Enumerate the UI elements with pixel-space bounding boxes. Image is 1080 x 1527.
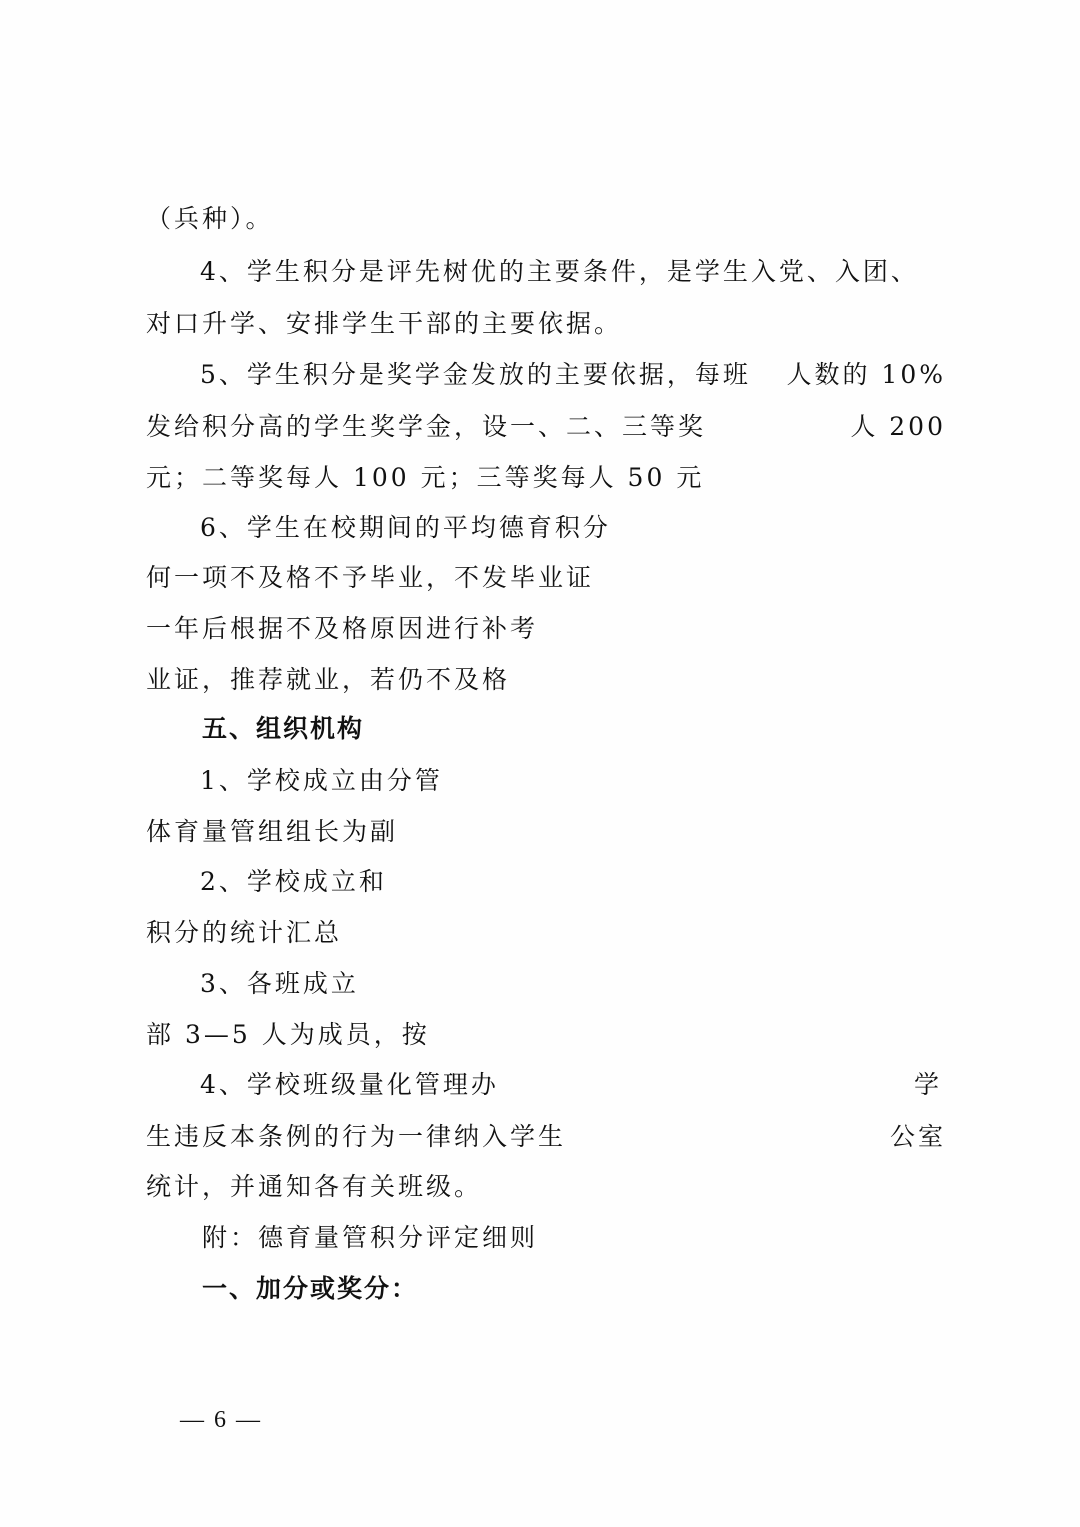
page-number: — 6 — (180, 1405, 262, 1435)
text-line: 何一项不及格不予毕业，不发毕业证 (146, 562, 594, 594)
text-line: 5、学生积分是奖学金发放的主要依据，每班 (200, 359, 751, 391)
text-line: 生违反本条例的行为一律纳入学生 (146, 1121, 566, 1153)
text-line-fragment: 公室 (890, 1121, 946, 1153)
section-heading: 五、组织机构 (202, 713, 364, 745)
text-line: 积分的统计汇总 (146, 917, 342, 949)
text-line: 部 3—5 人为成员，按 (146, 1019, 430, 1051)
text-line-fragment: 人 200 (850, 411, 946, 443)
text-line: （兵种）。 (146, 203, 274, 235)
text-line: 4、学生积分是评先树优的主要条件，是学生入党、入团、 (200, 256, 919, 288)
section-heading: 一、加分或奖分： (202, 1273, 418, 1305)
text-line: 体育量管组组长为副 (146, 816, 398, 848)
text-line: 6、学生在校期间的平均德育积分 (200, 512, 611, 544)
text-line: 元；二等奖每人 100 元；三等奖每人 50 元 (146, 462, 704, 494)
text-line: 2、学校成立和 (200, 866, 387, 898)
text-line: 3、各班成立 (200, 968, 359, 1000)
text-line: 对口升学、安排学生干部的主要依据。 (146, 308, 622, 340)
text-line: 业证，推荐就业，若仍不及格 (146, 664, 510, 696)
text-line: 1、学校成立由分管 (200, 765, 443, 797)
text-line-fragment: 学 (914, 1069, 942, 1101)
document-page: （兵种）。 4、学生积分是评先树优的主要条件，是学生入党、入团、 对口升学、安排… (0, 0, 1080, 1527)
text-line: 统计，并通知各有关班级。 (146, 1171, 482, 1203)
text-line: 一年后根据不及格原因进行补考 (146, 613, 538, 645)
text-line: 发给积分高的学生奖学金，设一、二、三等奖 (146, 411, 706, 443)
text-line: 4、学校班级量化管理办 (200, 1069, 499, 1101)
appendix-title: 附：德育量管积分评定细则 (202, 1222, 538, 1254)
text-line-fragment: 人数的 10% (786, 359, 946, 391)
